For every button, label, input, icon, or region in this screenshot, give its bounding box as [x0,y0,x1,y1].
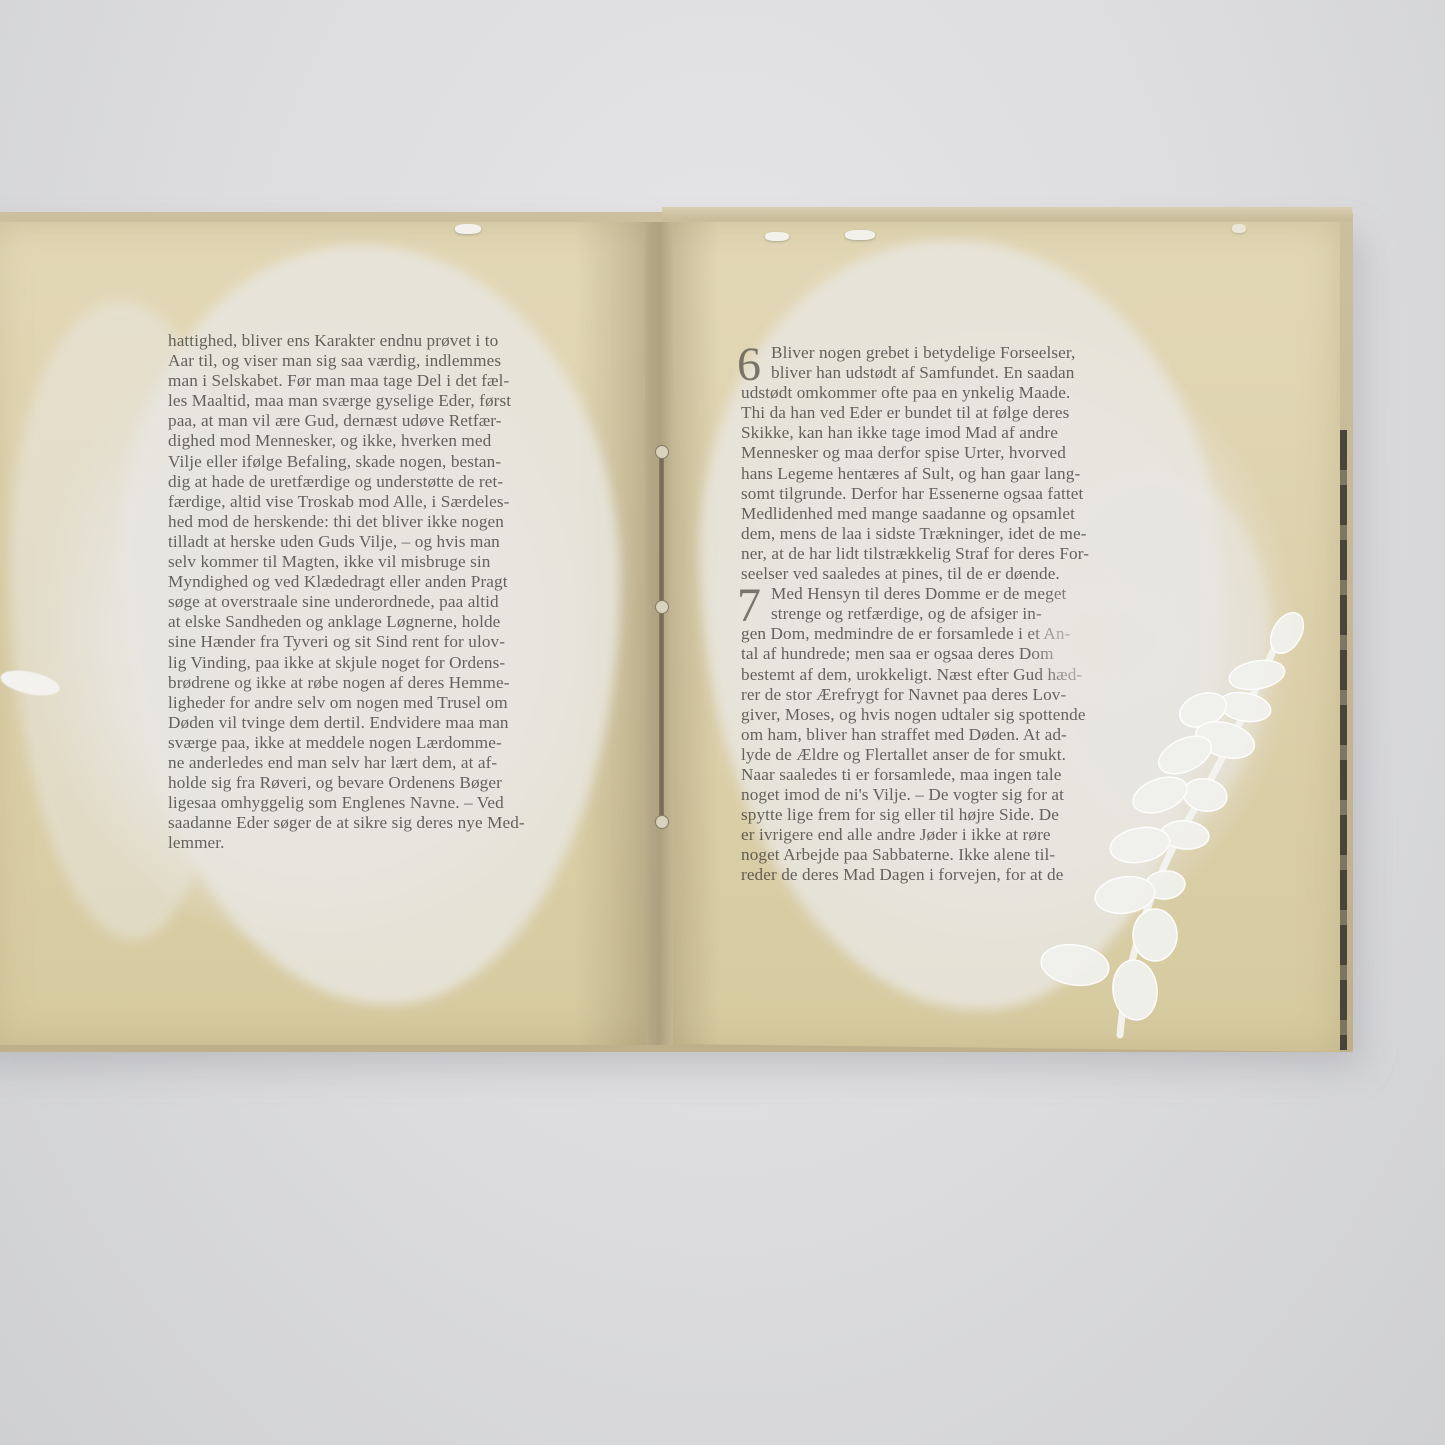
section-number: 6 [737,345,761,385]
text-line: Bliver nogen grebet i betydelige Forseel… [741,343,1149,363]
text-line: hed mod de herskende: thi det bliver ikk… [168,512,578,532]
text-line: bliver han udstødt af Samfundet. En saad… [741,363,1149,383]
section-6: 6 Bliver nogen grebet i betydelige Forse… [741,343,1149,584]
text-line: udstødt omkommer ofte paa en ynkelig Maa… [741,383,1149,403]
text-line: hans Legeme hentæres af Sult, og han gaa… [741,464,1149,484]
text-line: les Maaltid, maa man sværge gyselige Ede… [168,391,578,411]
text-line: Skikke, kan han ikke tage imod Mad af an… [741,423,1149,443]
text-line: man i Selskabet. Før man maa tage Del i … [168,371,578,391]
paint-bump [765,232,789,241]
text-line: selv kommer til Magten, ikke vil misbrug… [168,552,578,572]
text-line: dig at hade de uretfærdige og understøtt… [168,472,578,492]
text-line: dem, mens de laa i sidste Trækninger, id… [741,524,1149,544]
stitch-knot [655,600,669,614]
text-line: at elske Sandheden og anklage Løgnerne, … [168,612,578,632]
text-line: ligesaa omhyggelig som Englenes Navne. –… [168,793,578,813]
board-top-edge [662,207,1352,221]
left-page-text: hattighed, bliver ens Karakter endnu prø… [168,331,578,853]
paint-bump [455,224,481,234]
text-line: somt tilgrunde. Derfor har Essenerne ogs… [741,484,1149,504]
text-line: Mennesker og maa derfor spise Urter, hvo… [741,443,1149,463]
photo-scene: hattighed, bliver ens Karakter endnu prø… [0,0,1445,1445]
section-number: 7 [737,586,761,626]
text-line: hattighed, bliver ens Karakter endnu prø… [168,331,578,351]
text-line: lig Vinding, paa ikke at skjule noget fo… [168,653,578,673]
text-line: saadanne Eder søger de at sikre sig dere… [168,813,578,833]
text-line: Vilje eller ifølge Befaling, skade nogen… [168,452,578,472]
text-line: holde sig fra Røveri, og bevare Ordenens… [168,773,578,793]
text-line: Thi da han ved Eder er bundet til at føl… [741,403,1149,423]
text-line: søge at overstraale sine underordnede, p… [168,592,578,612]
text-line: sine Hænder fra Tyveri og sit Sind rent … [168,632,578,652]
text-line: Aar til, og viser man sig saa værdig, in… [168,351,578,371]
text-line: dighed mod Mennesker, og ikke, hverken m… [168,431,578,451]
paint-bump [845,230,875,240]
text-line: ligheder for andre selv om nogen med Tru… [168,693,578,713]
text-line: tilladt at herske uden Guds Vilje, – og … [168,532,578,552]
stitch-knot [655,815,669,829]
text-line: Medlidenhed med mange saadanne og opsaml… [741,504,1149,524]
leaf-sprig-icon [1025,595,1325,1045]
text-line: seelser ved saaledes at pines, til de er… [741,564,1149,584]
text-line: paa, at man vil ære Gud, dernæst udøve R… [168,411,578,431]
text-line: ne anderledes end man selv har lært dem,… [168,753,578,773]
stitch-knot [655,445,669,459]
paint-bump [1232,224,1246,233]
text-line: ner, at de har lidt tilstrækkelig Straf … [741,544,1149,564]
text-line: færdige, altid vise Troskab mod Alle, i … [168,492,578,512]
text-line: brødrene og ikke at røbe nogen af deres … [168,673,578,693]
text-line: Døden vil tvinge dem dertil. Endvidere m… [168,713,578,733]
spine-stitch [659,445,664,825]
text-line: lemmer. [168,833,578,853]
text-line: Myndighed og ved Klædedragt eller anden … [168,572,578,592]
text-line: sværge paa, ikke at meddele nogen Lærdom… [168,733,578,753]
